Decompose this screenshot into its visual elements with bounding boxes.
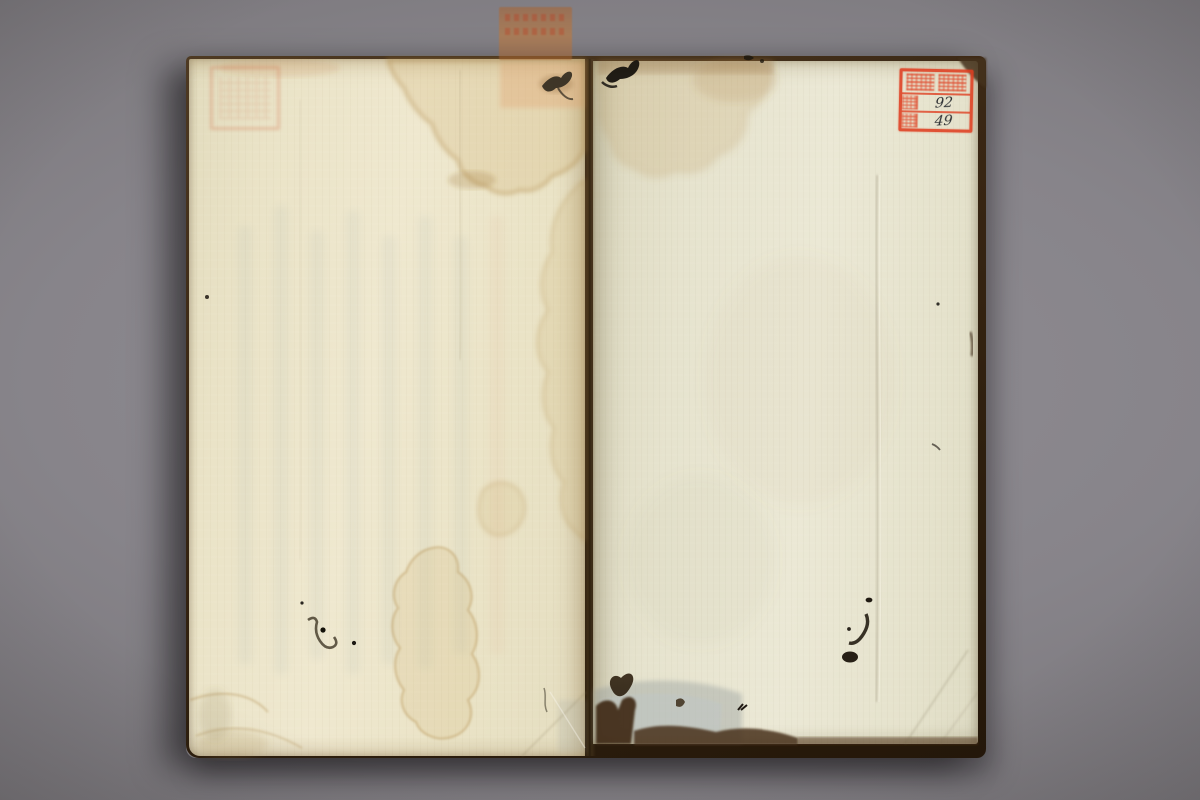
- speck: [300, 601, 303, 604]
- photo-canvas: 92 49: [0, 0, 1200, 800]
- tab-text-row: [505, 14, 566, 21]
- speck: [205, 295, 209, 299]
- stain-faint-low: [625, 475, 775, 645]
- collection-seal-stamp: 92 49: [898, 68, 973, 133]
- stain-gutter-band: [538, 180, 585, 540]
- speck: [936, 302, 939, 305]
- right-hook-blob-top: [866, 598, 873, 603]
- left-page-crease-2: [300, 100, 301, 560]
- seal-header: [902, 71, 970, 95]
- bottom-edge-line: [798, 737, 978, 745]
- seal-number-bottom: 49: [917, 112, 971, 130]
- right-page-water-stains: [598, 58, 895, 645]
- seal-script-label-icon: [901, 113, 917, 127]
- stain-small-blob: [479, 483, 525, 536]
- top-edge-speck-1: [744, 55, 754, 60]
- top-edge-speck-2: [760, 59, 764, 63]
- speck: [847, 627, 851, 631]
- stain-faint-mid: [705, 255, 895, 505]
- corner-crease-1: [905, 650, 968, 744]
- seal-script-character-icon: [938, 74, 966, 92]
- speck-streak: [932, 444, 940, 450]
- fore-edge-nick: [970, 332, 973, 356]
- seal-number-top: 92: [917, 94, 971, 112]
- speck: [320, 627, 325, 632]
- seal-row-bottom: 49: [901, 110, 969, 129]
- seal-script-label-icon: [902, 95, 918, 109]
- stains-and-marks-overlay: [0, 0, 1200, 800]
- stain-blotch: [448, 171, 496, 189]
- small-squiggle: [544, 688, 547, 712]
- paper-tab: [499, 7, 572, 60]
- speck: [352, 641, 356, 645]
- right-hook-blob-bottom: [842, 652, 858, 663]
- faded-seal-outline: [210, 66, 280, 130]
- seal-row-top: 92: [902, 94, 970, 111]
- stain-corner-smudge: [199, 689, 231, 741]
- seal-script-character-icon: [906, 73, 934, 91]
- right-hook-trail: [849, 614, 868, 643]
- faded-seal-glyphs: [219, 77, 271, 119]
- corner-crease-2: [940, 692, 978, 744]
- tab-text-row: [505, 28, 566, 35]
- stain-top-right-wash: [693, 58, 777, 102]
